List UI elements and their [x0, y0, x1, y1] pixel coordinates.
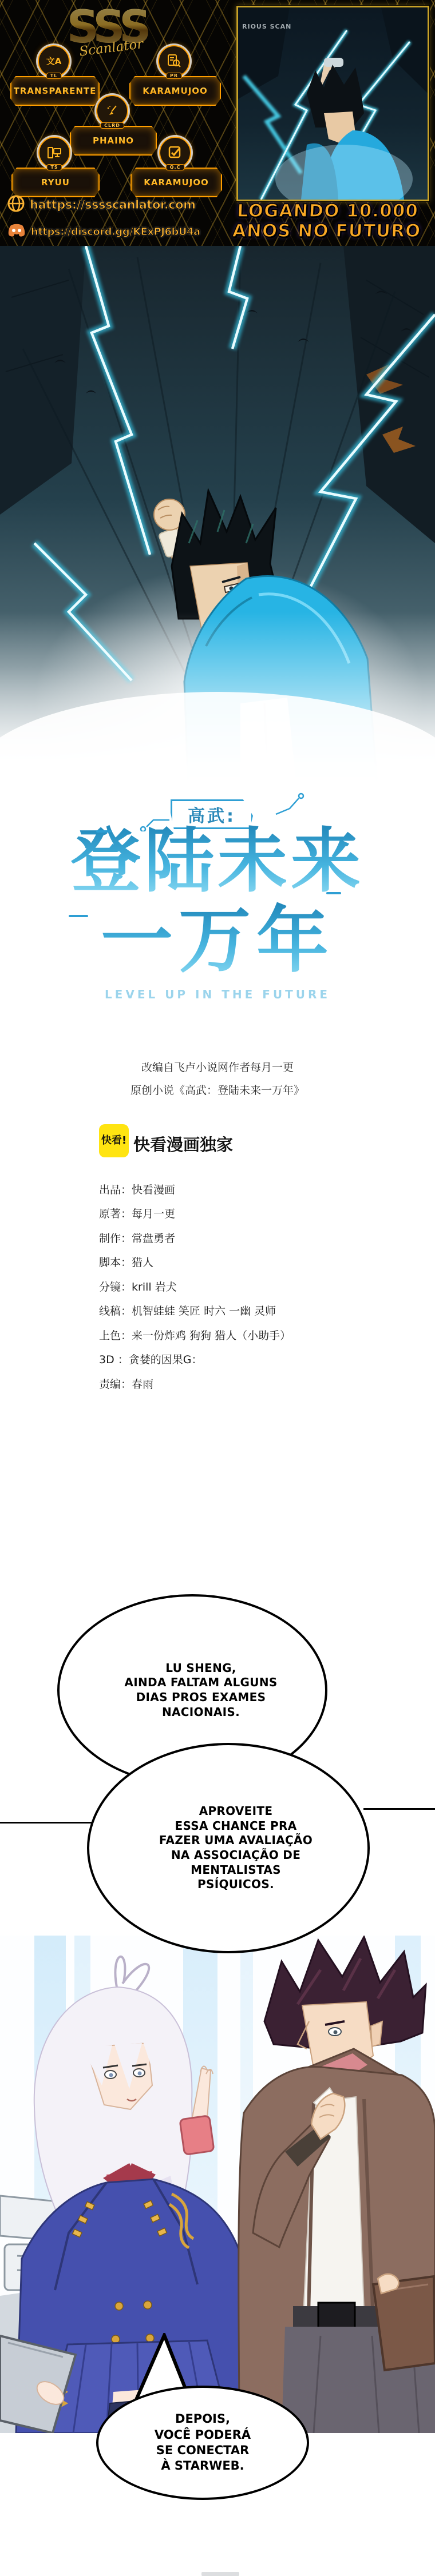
team-badge-quality-check: Q.C KARAMUJOO [130, 163, 220, 195]
website-link[interactable]: hattps://sssscanlator.com [7, 194, 195, 215]
discord-icon [7, 222, 26, 241]
bubble3-line: DEPOIS, [155, 2411, 251, 2427]
bubble2-line: NA ASSOCIAÇÃO DE [159, 1848, 313, 1863]
bubble2-line: PSÍQUICOS. [159, 1877, 313, 1892]
credit-line: 3D ：贪婪的因果G： [99, 1351, 420, 1367]
credit-line: 原著：每月一更 [99, 1205, 420, 1221]
website-url: hattps://sssscanlator.com [30, 198, 195, 212]
man-figure [239, 1937, 435, 2433]
bubble2-line: FAZER UMA AVALIAÇÃO [159, 1833, 313, 1848]
credit-line: 线稿：机智蛙蛙 笑匠 时六 一幽 灵师 [99, 1303, 420, 1318]
role-label: Q.C [166, 164, 185, 170]
decorative-dash [326, 892, 341, 894]
cover-caption: LOGANDO 10.000 ANOS NO FUTURO [218, 201, 435, 241]
speech-bubble-3: DEPOIS, VOCÊ PODERÁ SE CONECTAR À STARWE… [96, 2386, 309, 2500]
role-label: CLRD [100, 122, 124, 129]
kuaikan-logo: 快看! [99, 1124, 129, 1157]
role-label: TL [46, 73, 62, 79]
team-badge-typesetter: TS RYUU [11, 163, 97, 195]
cover-thumbnail-art [238, 7, 428, 200]
team-member-name: KARAMUJOO [144, 177, 209, 188]
main-cover-art [0, 246, 435, 807]
credit-line: 出品：快看漫画 [99, 1181, 420, 1197]
kuaikan-exclusive-heading: 快看漫画独家 [133, 1132, 233, 1156]
role-label: TS [46, 164, 62, 170]
bubble3-line: SE CONECTAR [155, 2443, 251, 2458]
bubble2-line: APROVEITE [159, 1804, 313, 1819]
decorative-dash [96, 830, 111, 833]
kuaikan-logo-text: 快看! [101, 1136, 126, 1146]
bubble3-line: À STARWEB. [155, 2458, 251, 2474]
globe-icon [7, 194, 25, 215]
team-member-name: RYUU [41, 177, 70, 188]
cover-watermark: RIOUS SCAN [242, 23, 291, 30]
bubble3-line: VOCÊ PODERÁ [155, 2427, 251, 2443]
title-line1: 登陆未来 [0, 822, 435, 900]
bottom-watermark-sliver [201, 2572, 239, 2576]
bubble1-line: LU SHENG, [124, 1661, 277, 1676]
speech-bubble-2: APROVEITE ESSA CHANCE PRA FAZER UMA AVAL… [87, 1743, 370, 1953]
title-line2: 一万年 [0, 899, 435, 982]
cover-thumbnail [236, 6, 429, 201]
bubble1-line: DIAS PROS EXAMES [124, 1690, 277, 1705]
scene-artwork [0, 1936, 435, 2433]
bubble2-line: MENTALISTAS [159, 1863, 313, 1878]
scanlator-header: SSS Scanlator 文A TL TRANSPARENTE PR KARA… [0, 0, 435, 246]
bubble2-line: ESSA CHANCE PRA [159, 1819, 313, 1834]
team-member-name: TRANSPARENTE [14, 86, 97, 96]
comic-page: SSS Scanlator 文A TL TRANSPARENTE PR KARA… [0, 0, 435, 2576]
adaptation-note-line2: 原创小说《高武：登陆未来一万年》 [0, 1082, 435, 1097]
team-badge-translator: 文A TL TRANSPARENTE [10, 71, 97, 103]
role-label: PR [166, 73, 182, 79]
cover-caption-line1: LOGANDO 10.000 [219, 201, 435, 221]
discord-link[interactable]: https://discord.gg/KExPJ6bU4a [7, 222, 200, 241]
team-badge-cleaner: CLRD PHAINO [70, 121, 155, 153]
credit-line: 上色：来一份炸鸡 狗狗 猎人（小助手） [99, 1327, 420, 1343]
title-subtitle: LEVEL UP IN THE FUTURE [0, 988, 435, 1001]
team-member-name: KARAMUJOO [143, 86, 208, 96]
adaptation-note-line1: 改编自飞卢小说网作者每月一更 [0, 1059, 435, 1074]
team-member-name: PHAINO [93, 136, 134, 146]
bubble1-line: NACIONAIS. [124, 1705, 277, 1720]
bubble1-line: AINDA FALTAM ALGUNS [124, 1675, 277, 1690]
credit-line: 责编：春雨 [99, 1376, 420, 1391]
panel-border-right [363, 1808, 435, 1810]
decorative-dash [69, 915, 88, 917]
credit-line: 脚本：猎人 [99, 1254, 420, 1269]
discord-url: https://discord.gg/KExPJ6bU4a [31, 226, 200, 238]
cover-caption-line2: ANOS NO FUTURO [218, 221, 435, 241]
team-badge-proofreader: PR KARAMUJOO [129, 71, 219, 103]
credit-line: 分镜：krill 岩犬 [99, 1279, 420, 1294]
credit-line: 制作：常盘勇者 [99, 1230, 420, 1245]
